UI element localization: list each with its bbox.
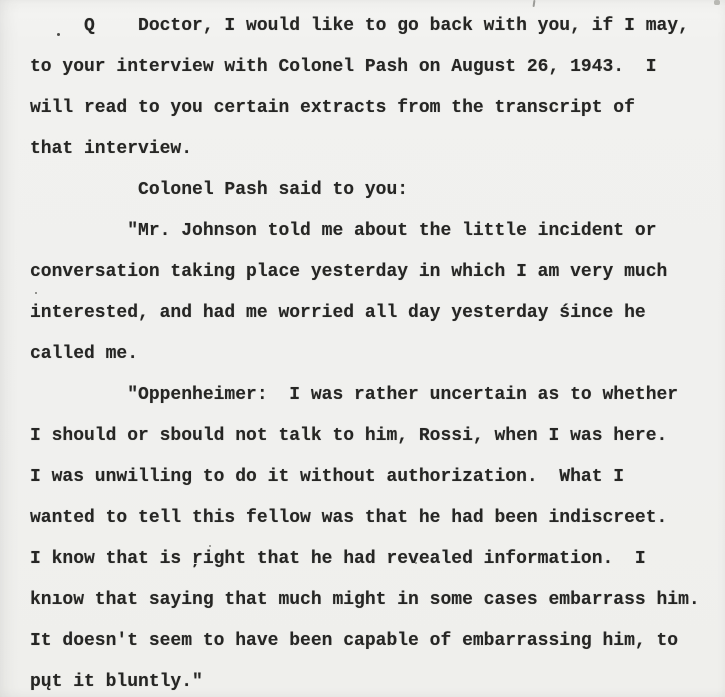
text-line: to your interview with Colonel Pash on A… bbox=[30, 47, 725, 88]
text-line: I know that is ŗight that he had reveale… bbox=[30, 539, 725, 580]
text-line: "Mr. Johnson told me about the little in… bbox=[30, 211, 725, 252]
text-line: pųt it bluntly." bbox=[30, 662, 725, 697]
ink-speck bbox=[209, 545, 211, 547]
ink-speck bbox=[714, 0, 720, 5]
text-line: I should or sbould not talk to him, Ross… bbox=[30, 416, 725, 457]
document-page: Q Doctor, I would like to go back with y… bbox=[0, 0, 725, 697]
text-line: interested, and had me worried all day y… bbox=[30, 293, 725, 334]
ink-speck bbox=[57, 33, 60, 36]
text-line: It doesn't seem to have been capable of … bbox=[30, 621, 725, 662]
text-line: wanted to tell this fellow was that he h… bbox=[30, 498, 725, 539]
text-line: will read to you certain extracts from t… bbox=[30, 88, 725, 129]
text-line: knıow that saying that much might in som… bbox=[30, 580, 725, 621]
ink-speck bbox=[35, 292, 37, 294]
text-line: Colonel Pash said to you: bbox=[30, 170, 725, 211]
text-line: that interview. bbox=[30, 129, 725, 170]
text-line: called me. bbox=[30, 334, 725, 375]
text-line: "Oppenheimer: I was rather uncertain as … bbox=[30, 375, 725, 416]
text-line: conversation taking place yesterday in w… bbox=[30, 252, 725, 293]
ink-speck bbox=[415, 562, 417, 564]
text-line: I was unwilling to do it without authori… bbox=[30, 457, 725, 498]
text-line: Q Doctor, I would like to go back with y… bbox=[30, 6, 725, 47]
